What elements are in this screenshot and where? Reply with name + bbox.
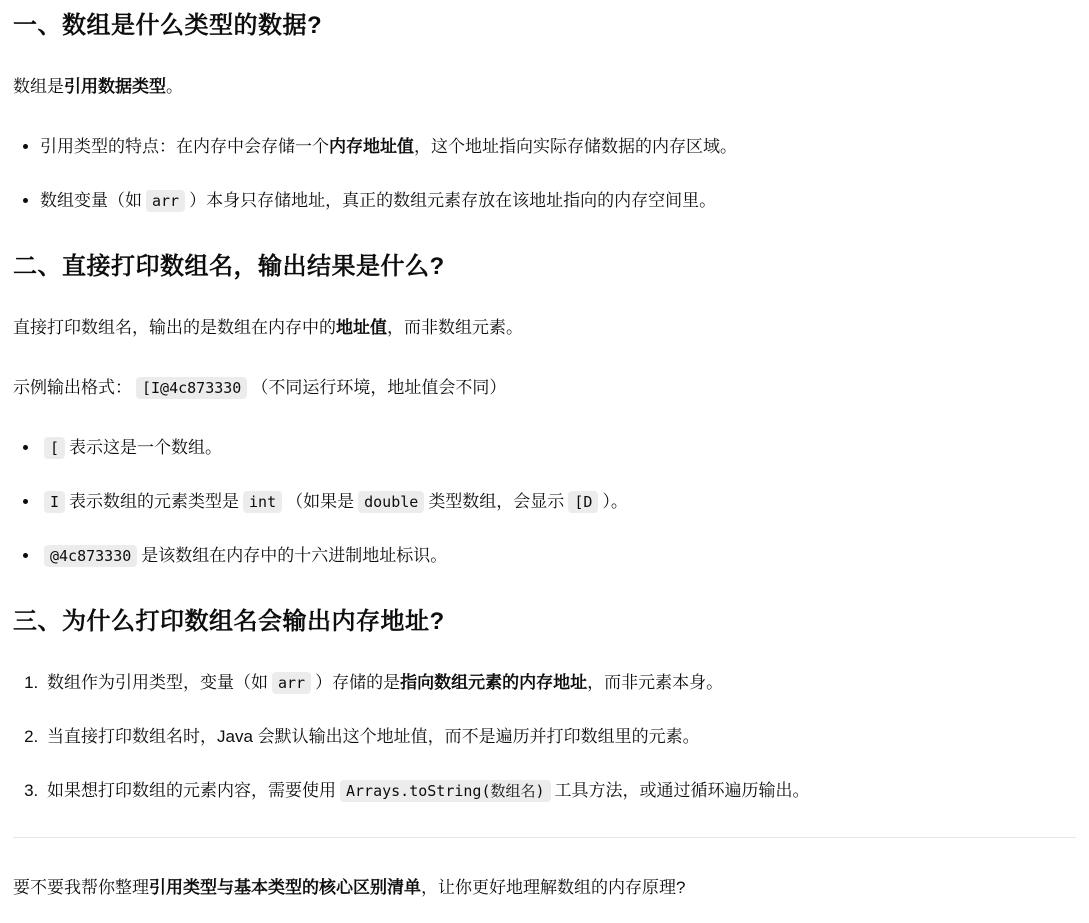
- section-3-heading: 三、为什么打印数组名会输出内存地址?: [13, 606, 1076, 637]
- text-segment: 工具方法，或通过循环遍历输出。: [555, 781, 810, 800]
- text-segment: ，而非数组元素。: [387, 318, 523, 337]
- text-segment: 数组变量（如: [40, 191, 142, 210]
- inline-code: I: [44, 491, 65, 513]
- text-segment: 示例输出格式：: [13, 378, 132, 397]
- text-segment: （不同运行环境，地址值会不同）: [251, 378, 506, 397]
- bold-text: 指向数组元素的内存地址: [400, 673, 587, 692]
- inline-code: [: [44, 437, 65, 459]
- bold-text: 引用数据类型: [64, 77, 166, 96]
- text-segment: 表示这是一个数组。: [69, 438, 222, 457]
- section-1-heading: 一、数组是什么类型的数据?: [13, 10, 1076, 41]
- text-segment: 当直接打印数组名时，Java 会默认输出这个地址值，而不是遍历并打印数组里的元素…: [47, 727, 700, 746]
- text-segment: ，这个地址指向实际存储数据的内存区域。: [414, 137, 737, 156]
- list-item: I表示数组的元素类型是int（如果是double类型数组，会显示[D）。: [40, 488, 1076, 516]
- output-format-list: [表示这是一个数组。 I表示数组的元素类型是int（如果是double类型数组，…: [13, 434, 1076, 570]
- bold-text: 地址值: [336, 318, 387, 337]
- divider: [13, 837, 1076, 838]
- text-segment: 数组是: [13, 77, 64, 96]
- text-segment: 如果想打印数组的元素内容，需要使用: [47, 781, 336, 800]
- list-item: 数组变量（如arr）本身只存储地址，真正的数组元素存放在该地址指向的内存空间里。: [40, 187, 1076, 215]
- example-output-paragraph: 示例输出格式：[I@4c873330（不同运行环境，地址值会不同）: [13, 374, 1076, 402]
- inline-code: Arrays.toString(数组名): [340, 780, 551, 802]
- text-segment: ，让你更好地理解数组的内存原理?: [421, 878, 685, 897]
- print-output-paragraph: 直接打印数组名，输出的是数组在内存中的地址值，而非数组元素。: [13, 314, 1076, 342]
- section-2-heading: 二、直接打印数组名，输出结果是什么?: [13, 251, 1076, 282]
- list-item: 如果想打印数组的元素内容，需要使用Arrays.toString(数组名)工具方…: [43, 777, 1076, 805]
- list-item: 当直接打印数组名时，Java 会默认输出这个地址值，而不是遍历并打印数组里的元素…: [43, 723, 1076, 751]
- text-segment: 引用类型的特点：在内存中会存储一个: [40, 137, 329, 156]
- text-segment: ）。: [602, 492, 628, 511]
- reason-list: 数组作为引用类型，变量（如arr）存储的是指向数组元素的内存地址，而非元素本身。…: [13, 669, 1076, 805]
- followup-question: 要不要我帮你整理引用类型与基本类型的核心区别清单，让你更好地理解数组的内存原理?: [13, 874, 1076, 902]
- text-segment: ，而非元素本身。: [587, 673, 723, 692]
- inline-code: [D: [568, 491, 598, 513]
- list-item: 数组作为引用类型，变量（如arr）存储的是指向数组元素的内存地址，而非元素本身。: [43, 669, 1076, 697]
- inline-code: @4c873330: [44, 545, 137, 567]
- list-item: @4c873330是该数组在内存中的十六进制地址标识。: [40, 542, 1076, 570]
- list-item: 引用类型的特点：在内存中会存储一个内存地址值，这个地址指向实际存储数据的内存区域…: [40, 133, 1076, 161]
- text-segment: 类型数组，会显示: [428, 492, 564, 511]
- text-segment: 表示数组的元素类型是: [69, 492, 239, 511]
- text-segment: （如果是: [286, 492, 354, 511]
- text-segment: ）本身只存储地址，真正的数组元素存放在该地址指向的内存空间里。: [189, 191, 716, 210]
- bold-text: 引用类型与基本类型的核心区别清单: [149, 878, 421, 897]
- text-segment: 数组作为引用类型，变量（如: [47, 673, 268, 692]
- text-segment: 。: [166, 77, 183, 96]
- inline-code: double: [358, 491, 424, 513]
- inline-code: arr: [272, 672, 311, 694]
- text-segment: 是该数组在内存中的十六进制地址标识。: [141, 546, 447, 565]
- inline-code: int: [243, 491, 282, 513]
- reference-type-list: 引用类型的特点：在内存中会存储一个内存地址值，这个地址指向实际存储数据的内存区域…: [13, 133, 1076, 215]
- inline-code: arr: [146, 190, 185, 212]
- array-type-paragraph: 数组是引用数据类型。: [13, 73, 1076, 101]
- assistant-response-document: 一、数组是什么类型的数据? 数组是引用数据类型。 引用类型的特点：在内存中会存储…: [13, 10, 1076, 902]
- bold-text: 内存地址值: [329, 137, 414, 156]
- text-segment: 直接打印数组名，输出的是数组在内存中的: [13, 318, 336, 337]
- list-item: [表示这是一个数组。: [40, 434, 1076, 462]
- inline-code: [I@4c873330: [136, 377, 247, 399]
- text-segment: 要不要我帮你整理: [13, 878, 149, 897]
- text-segment: ）存储的是: [315, 673, 400, 692]
